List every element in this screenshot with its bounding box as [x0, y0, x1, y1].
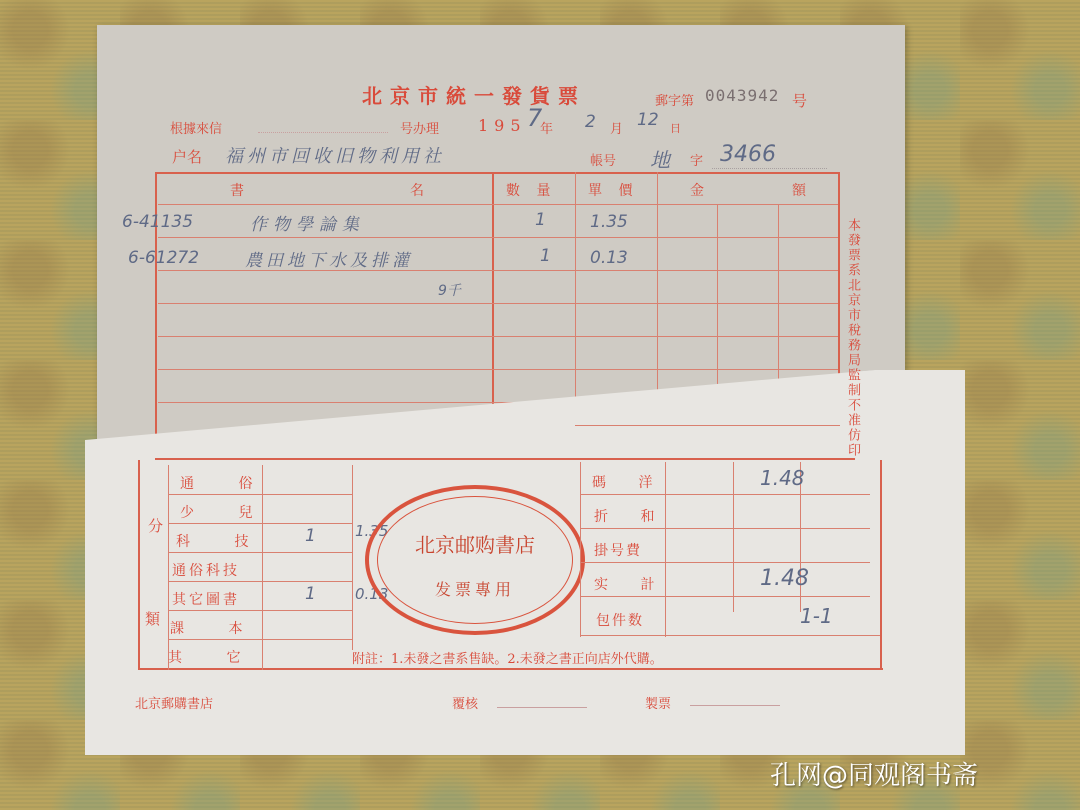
totals-value: 1-1	[800, 604, 833, 628]
row-line	[158, 336, 838, 337]
class-label: 通 俗	[180, 473, 252, 493]
row-line	[580, 596, 870, 597]
row-line	[158, 303, 838, 304]
footnote: 附註：1.未發之書系售缺。2.未發之書正向店外代購。	[352, 648, 663, 667]
class-divider	[352, 465, 353, 650]
row-line	[168, 523, 353, 524]
stamp-invoice-use: 发票專用	[369, 577, 581, 600]
month-label: 月	[610, 118, 623, 137]
row-line	[158, 204, 838, 205]
totals-value: 1.48	[760, 566, 809, 591]
row-line	[158, 369, 838, 370]
lower-left-border	[138, 460, 140, 670]
account-no-label: 帳号	[590, 150, 616, 169]
class-label: 科 技	[176, 531, 248, 551]
class-value: 1	[305, 584, 316, 604]
totals-divider	[580, 462, 581, 637]
account-no-handwritten: 3466	[720, 142, 776, 167]
class-value: 1	[305, 526, 316, 546]
row-line	[580, 635, 880, 636]
header-unit-price: 單 價	[588, 180, 638, 200]
lower-table-top-border	[155, 458, 855, 460]
review-label: 覆核	[452, 693, 478, 712]
totals-divider	[665, 462, 666, 637]
basis-field	[258, 132, 388, 133]
maker-label: 製票	[645, 693, 671, 712]
totals-label: 碼 洋	[592, 472, 652, 492]
item-unit-price: 0.13	[590, 248, 628, 268]
totals-divider	[733, 462, 734, 612]
item-code: 6-61272	[128, 248, 199, 268]
basis-label: 根據來信	[170, 118, 222, 137]
serial-suffix: 号	[792, 90, 807, 111]
item-name: 作物學論集	[250, 210, 365, 235]
item-code: 6-41135	[122, 212, 193, 232]
totals-label: 实 計	[594, 574, 654, 594]
header-quantity: 數 量	[506, 180, 556, 200]
invoice-title: 北京市統一發貨票	[362, 80, 586, 109]
row-line	[168, 552, 353, 553]
row-line	[575, 425, 840, 426]
table-top-border	[155, 172, 840, 174]
row-line	[168, 494, 353, 495]
account-no-mid-label: 字	[690, 150, 703, 169]
row-line	[158, 237, 838, 238]
row-line	[168, 581, 353, 582]
item-unit-price: 1.35	[590, 212, 628, 232]
store-stamp: 北京邮购書店 发票專用	[365, 485, 585, 635]
header-book-right: 名	[410, 180, 424, 200]
day-label: 日	[670, 120, 681, 136]
item-name: 農田地下水及排灌	[245, 246, 413, 271]
class-label: 少 兒	[180, 502, 252, 522]
row-line	[580, 528, 870, 529]
maker-signature-line	[690, 705, 780, 706]
year-label: 年	[540, 118, 553, 137]
account-name-handwritten: 福州市回收旧物利用社	[225, 142, 445, 168]
totals-label: 折 和	[594, 506, 654, 526]
year-prefix: 195	[478, 116, 527, 135]
account-no-field	[712, 168, 827, 169]
item-quantity: 1	[540, 246, 551, 266]
lower-bottom-border	[138, 668, 883, 670]
lower-right-border	[880, 460, 882, 670]
class-label: 課 本	[170, 618, 242, 638]
item-quantity: 1	[535, 210, 546, 230]
serial-prefix: 郵字第	[655, 90, 694, 109]
day-handwritten: 12	[637, 110, 659, 130]
review-signature-line	[497, 707, 587, 708]
header-amount-right: 額	[792, 180, 806, 200]
handled-label: 号办理	[400, 118, 439, 137]
stamp-store-name: 北京邮购書店	[369, 529, 581, 558]
item-name: 9千	[438, 280, 461, 300]
class-label: 其 它	[168, 647, 240, 667]
month-handwritten: 2	[585, 112, 596, 132]
account-no-prefix: 地	[650, 144, 670, 173]
issuer-name: 北京郵購書店	[135, 693, 213, 712]
serial-number: 0043942	[705, 86, 779, 105]
class-label: 通俗科技	[172, 560, 240, 580]
header-amount-left: 金	[690, 180, 704, 200]
classification-label-top: 分	[148, 515, 163, 536]
totals-label: 包件数	[596, 610, 644, 630]
classification-label-bottom: 類	[145, 608, 160, 629]
account-name-label: 户名	[172, 146, 202, 167]
totals-label: 掛号費	[594, 540, 642, 560]
row-line	[580, 494, 870, 495]
totals-value: 1.48	[760, 466, 805, 490]
row-line	[580, 562, 870, 563]
header-book-left: 書	[230, 180, 244, 200]
watermark: 孔网@同观阁书斋	[770, 755, 978, 792]
stamp-inner-ring	[377, 496, 573, 624]
row-line	[168, 639, 353, 640]
row-line	[168, 610, 353, 611]
class-label: 其它圖書	[172, 589, 240, 609]
side-note: 本發票系北京市稅務局監制不准仿印	[843, 218, 862, 498]
